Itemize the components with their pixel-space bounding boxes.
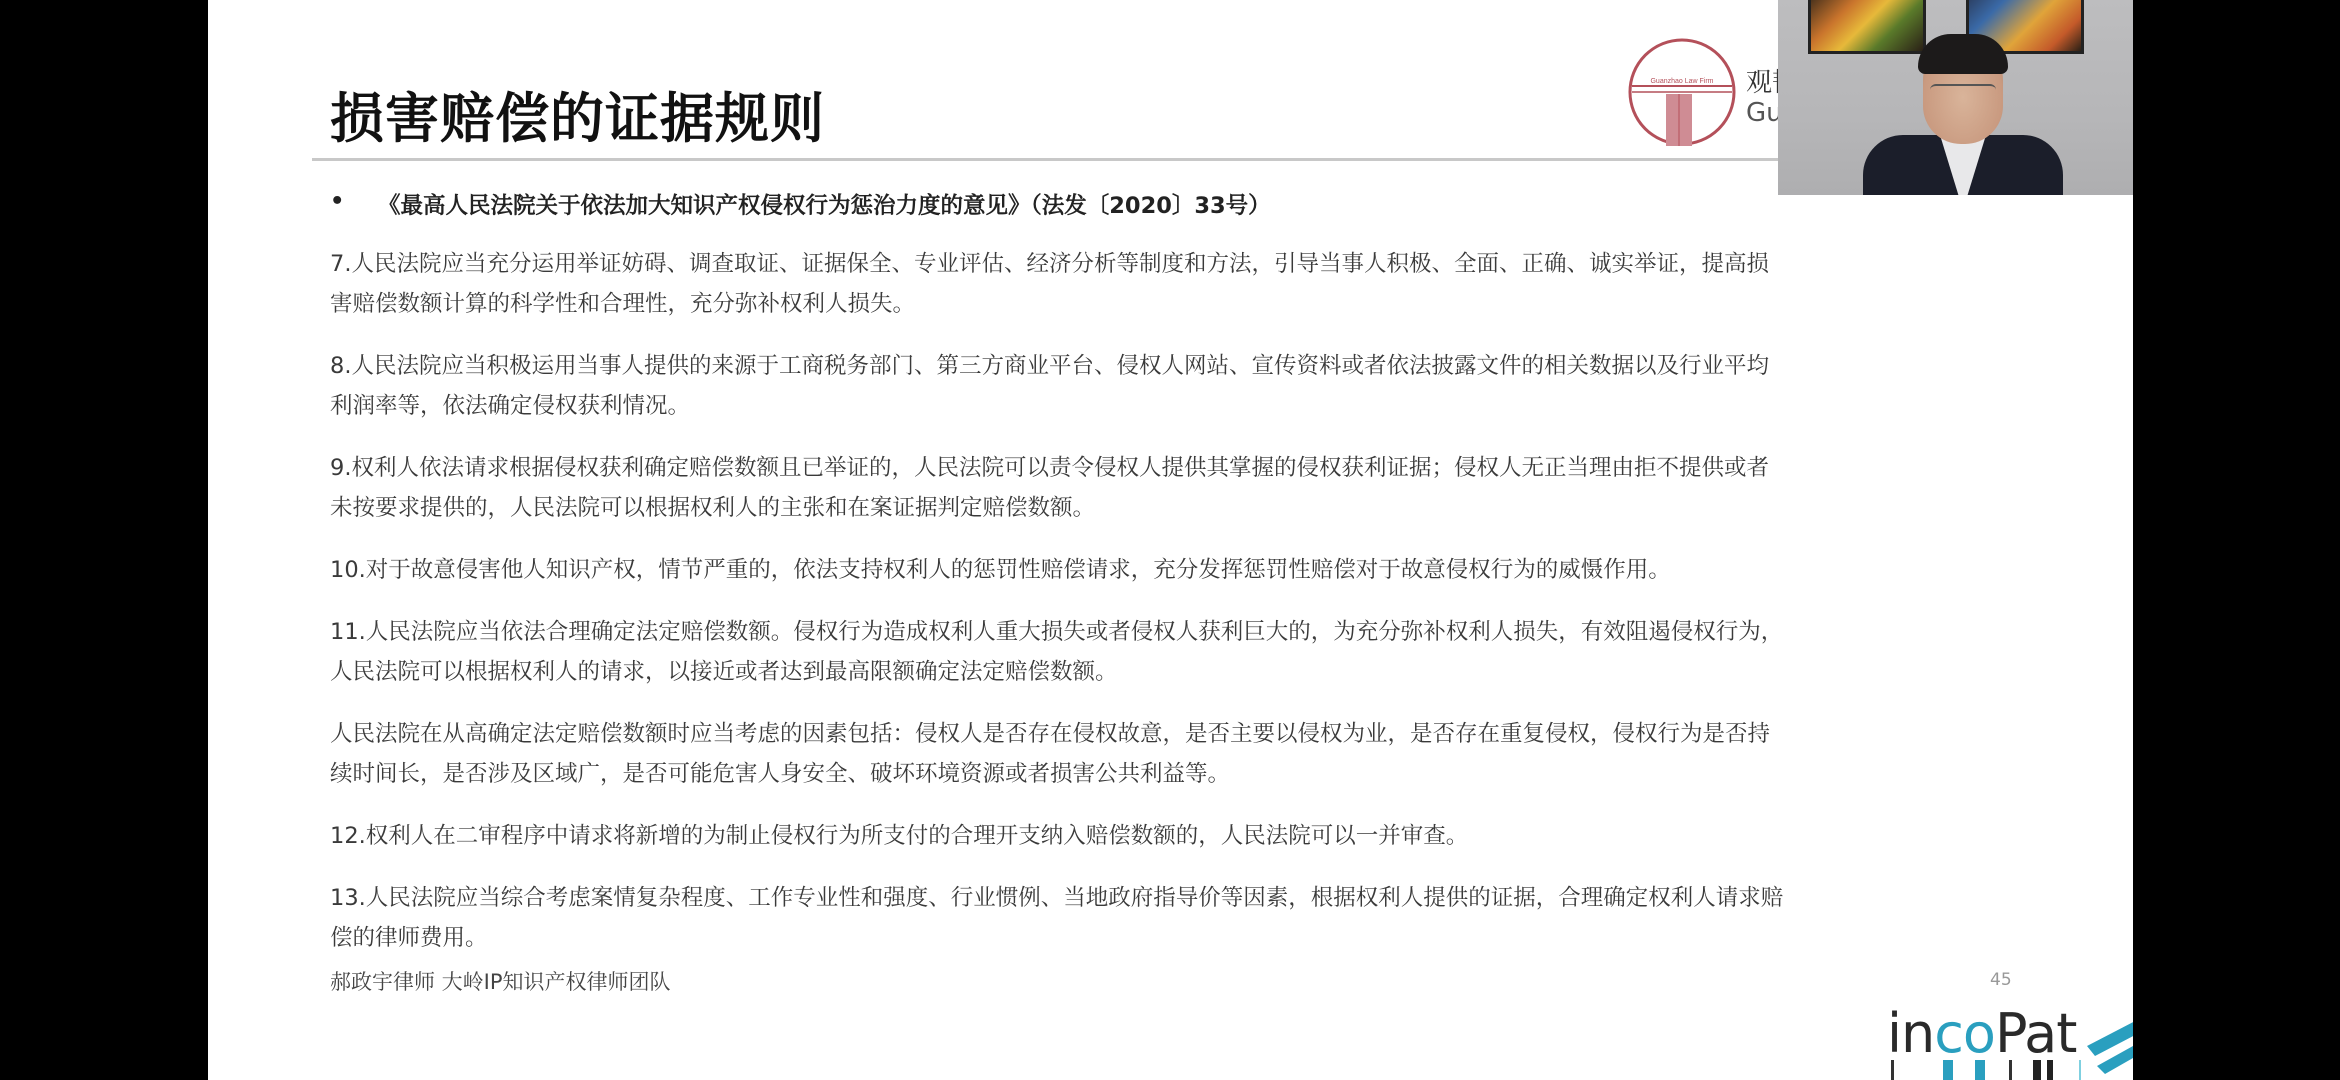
paragraph-line: 11.人民法院应当依法合理确定法定赔偿数额。侵权行为造成权利人重大损失或者侵权人… (330, 612, 2050, 652)
presentation-slide: 损害赔偿的证据规则 Guanzhao Law Firm 观韬 Gu • 《最高人… (208, 0, 2133, 1080)
title-divider (312, 158, 1792, 161)
paragraph-article-7: 7.人民法院应当充分运用举证妨碍、调查取证、证据保全、专业评估、经济分析等制度和… (330, 244, 2050, 324)
presenter-glasses (1930, 84, 1996, 100)
incopat-barcode-icon (1883, 1060, 2083, 1080)
paragraph-article-10: 10.对于故意侵害他人知识产权，情节严重的，依法支持权利人的惩罚性赔偿请求，充分… (330, 550, 2050, 590)
incopat-co: co (1934, 1002, 1995, 1065)
paragraph-line: 10.对于故意侵害他人知识产权，情节严重的，依法支持权利人的惩罚性赔偿请求，充分… (330, 550, 2050, 590)
paragraph-line: 利润率等，依法确定侵权获利情况。 (330, 386, 2050, 426)
paragraph-line: 偿的律师费用。 (330, 918, 2050, 958)
paragraph-line: 13.人民法院应当综合考虑案情复杂程度、工作专业性和强度、行业惯例、当地政府指导… (330, 878, 2050, 918)
slide-title: 损害赔偿的证据规则 (330, 76, 825, 153)
paragraph-line: 人民法院可以根据权利人的请求，以接近或者达到最高限额确定法定赔偿数额。 (330, 652, 2050, 692)
paragraph-line: 害赔偿数额计算的科学性和合理性，充分弥补权利人损失。 (330, 284, 2050, 324)
incopat-wordmark: incoPat (1887, 1002, 2076, 1065)
paragraph-line: 未按要求提供的，人民法院可以根据权利人的主张和在案证据判定赔偿数额。 (330, 488, 2050, 528)
presenter-webcam-video (1778, 0, 2133, 195)
paragraph-article-8: 8.人民法院应当积极运用当事人提供的来源于工商税务部门、第三方商业平台、侵权人网… (330, 346, 2050, 426)
paragraph-line: 续时间长，是否涉及区域广，是否可能危害人身安全、破坏环境资源或者损害公共利益等。 (330, 754, 2050, 794)
bullet-dot-icon: • (330, 188, 344, 214)
slide-content: • 《最高人民法院关于依法加大知识产权侵权行为惩治力度的意见》（法发〔2020〕… (330, 188, 2050, 958)
paragraph-article-11: 11.人民法院应当依法合理确定法定赔偿数额。侵权行为造成权利人重大损失或者侵权人… (330, 612, 2050, 692)
paragraph-line: 7.人民法院应当充分运用举证妨碍、调查取证、证据保全、专业评估、经济分析等制度和… (330, 244, 2050, 284)
paragraph-line: 8.人民法院应当积极运用当事人提供的来源于工商税务部门、第三方商业平台、侵权人网… (330, 346, 2050, 386)
incopat-suffix: Pat (1995, 1002, 2076, 1065)
footer-presenter-team: 郝政宇律师 大岭IP知识产权律师团队 (330, 966, 671, 996)
incopat-watermark: incoPat (1883, 1000, 2133, 1080)
paragraph-article-9: 9.权利人依法请求根据侵权获利确定赔偿数额且已举证的，人民法院可以责令侵权人提供… (330, 448, 2050, 528)
paragraph-article-11-factors: 人民法院在从高确定法定赔偿数额时应当考虑的因素包括：侵权人是否存在侵权故意，是否… (330, 714, 2050, 794)
presenter-hair (1918, 34, 2008, 74)
paragraph-article-13: 13.人民法院应当综合考虑案情复杂程度、工作专业性和强度、行业惯例、当地政府指导… (330, 878, 2050, 958)
paragraph-line: 9.权利人依法请求根据侵权获利确定赔偿数额且已举证的，人民法院可以责令侵权人提供… (330, 448, 2050, 488)
source-document-title: 《最高人民法院关于依法加大知识产权侵权行为惩治力度的意见》（法发〔2020〕33… (378, 188, 1271, 220)
paragraph-line: 12.权利人在二审程序中请求将新增的为制止侵权行为所支付的合理开支纳入赔偿数额的… (330, 816, 2050, 856)
source-bullet: • 《最高人民法院关于依法加大知识产权侵权行为惩治力度的意见》（法发〔2020〕… (330, 188, 2050, 222)
incopat-prefix: in (1887, 1002, 1934, 1065)
background-painting (1808, 0, 1926, 54)
svg-text:Guanzhao Law Firm: Guanzhao Law Firm (1650, 78, 1713, 85)
paragraph-article-12: 12.权利人在二审程序中请求将新增的为制止侵权行为所支付的合理开支纳入赔偿数额的… (330, 816, 2050, 856)
paragraph-line: 人民法院在从高确定法定赔偿数额时应当考虑的因素包括：侵权人是否存在侵权故意，是否… (330, 714, 2050, 754)
guanzhao-law-firm-logo-icon: Guanzhao Law Firm (1626, 36, 1738, 148)
page-number: 45 (1990, 970, 2012, 990)
incopat-logo-icon (2083, 1016, 2133, 1080)
